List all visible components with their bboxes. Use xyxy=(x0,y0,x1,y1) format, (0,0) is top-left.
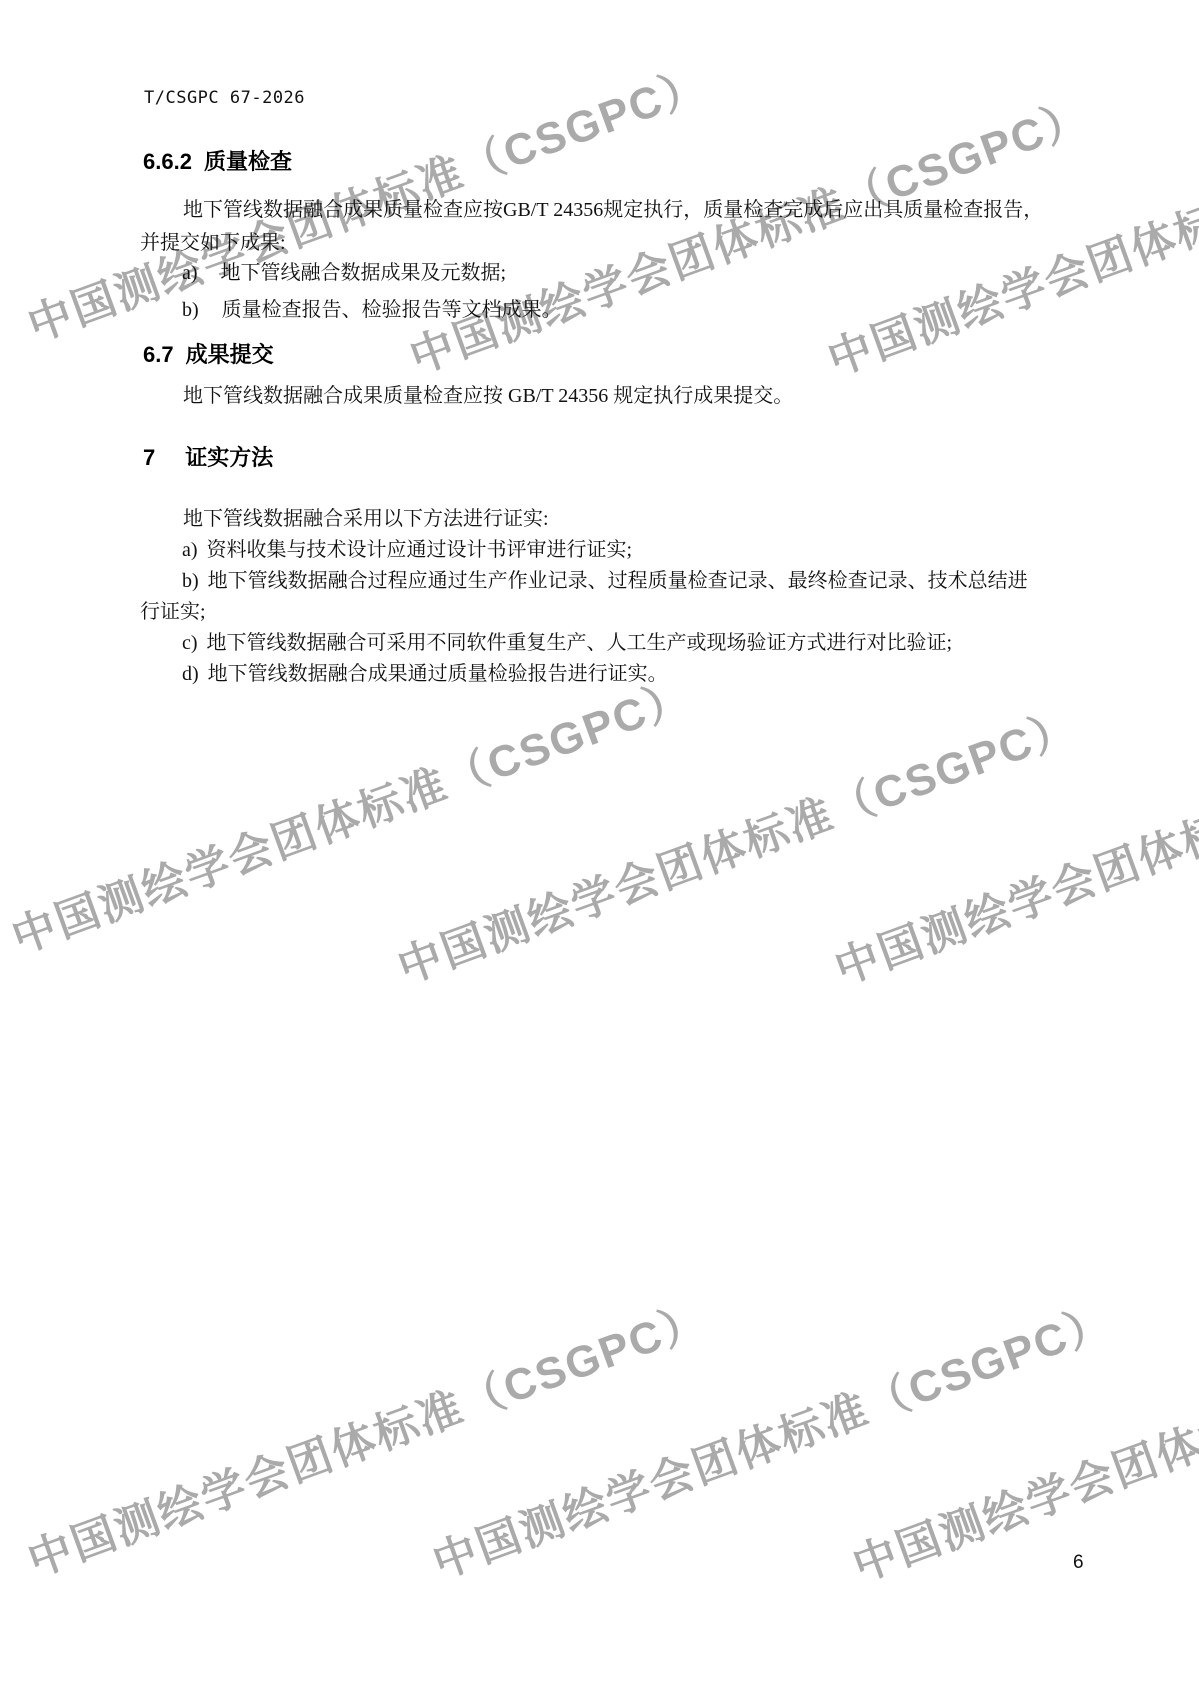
document-page: 中国测绘学会团体标准（CSGPC） 中国测绘学会团体标准（CSGPC） 中国测绘… xyxy=(0,0,1199,1696)
list-item: d)地下管线数据融合成果通过质量检验报告进行证实。 xyxy=(182,661,668,687)
section-title: 质量检查 xyxy=(204,149,292,174)
section-number: 7 xyxy=(143,445,155,470)
list-item-continuation: 行证实; xyxy=(140,599,206,625)
list-marker: b) xyxy=(182,568,199,594)
list-item-text: 质量检查报告、检验报告等文档成果。 xyxy=(222,299,562,321)
list-item-text: 地下管线数据融合可采用不同软件重复生产、人工生产或现场验证方式进行对比验证; xyxy=(207,632,953,654)
list-item-text: 地下管线融合数据成果及元数据; xyxy=(221,262,507,284)
section-heading-662: 6.6.2质量检查 xyxy=(143,145,292,176)
list-marker: c) xyxy=(182,630,198,656)
section-title: 成果提交 xyxy=(186,342,274,367)
paragraph-line: 地下管线数据融合采用以下方法进行证实: xyxy=(183,506,549,532)
list-marker: b) xyxy=(182,297,199,323)
list-item-text: 资料收集与技术设计应通过设计书评审进行证实; xyxy=(207,539,633,561)
list-item-text: 地下管线数据融合成果通过质量检验报告进行证实。 xyxy=(208,663,668,685)
paragraph-line: 地下管线数据融合成果质量检查应按 GB/T 24356 规定执行成果提交。 xyxy=(183,383,793,409)
paragraph-line: 并提交如下成果: xyxy=(140,230,286,256)
list-item: b)地下管线数据融合过程应通过生产作业记录、过程质量检查记录、最终检查记录、技术… xyxy=(182,568,1028,594)
section-number: 6.6.2 xyxy=(143,149,192,174)
list-item: a)资料收集与技术设计应通过设计书评审进行证实; xyxy=(182,537,632,563)
paragraph-line: 地下管线数据融合成果质量检查应按GB/T 24356规定执行，质量检查完成后应出… xyxy=(183,197,1043,223)
section-title: 证实方法 xyxy=(185,445,273,470)
page-content: T/CSGPC 67-2026 6.6.2质量检查 地下管线数据融合成果质量检查… xyxy=(0,0,1199,1696)
list-marker: d) xyxy=(182,661,199,687)
list-marker: a) xyxy=(182,260,198,286)
section-number: 6.7 xyxy=(143,342,174,367)
page-number: 6 xyxy=(1073,1552,1084,1574)
section-heading-67: 6.7成果提交 xyxy=(143,338,274,369)
list-item-text: 地下管线数据融合过程应通过生产作业记录、过程质量检查记录、最终检查记录、技术总结… xyxy=(208,570,1028,592)
list-item: a)地下管线融合数据成果及元数据; xyxy=(182,260,506,286)
section-heading-7: 7证实方法 xyxy=(143,441,273,472)
list-item: c)地下管线数据融合可采用不同软件重复生产、人工生产或现场验证方式进行对比验证; xyxy=(182,630,952,656)
running-header-doc-code: T/CSGPC 67-2026 xyxy=(144,88,305,108)
list-marker: a) xyxy=(182,537,198,563)
list-item: b)质量检查报告、检验报告等文档成果。 xyxy=(182,297,562,323)
